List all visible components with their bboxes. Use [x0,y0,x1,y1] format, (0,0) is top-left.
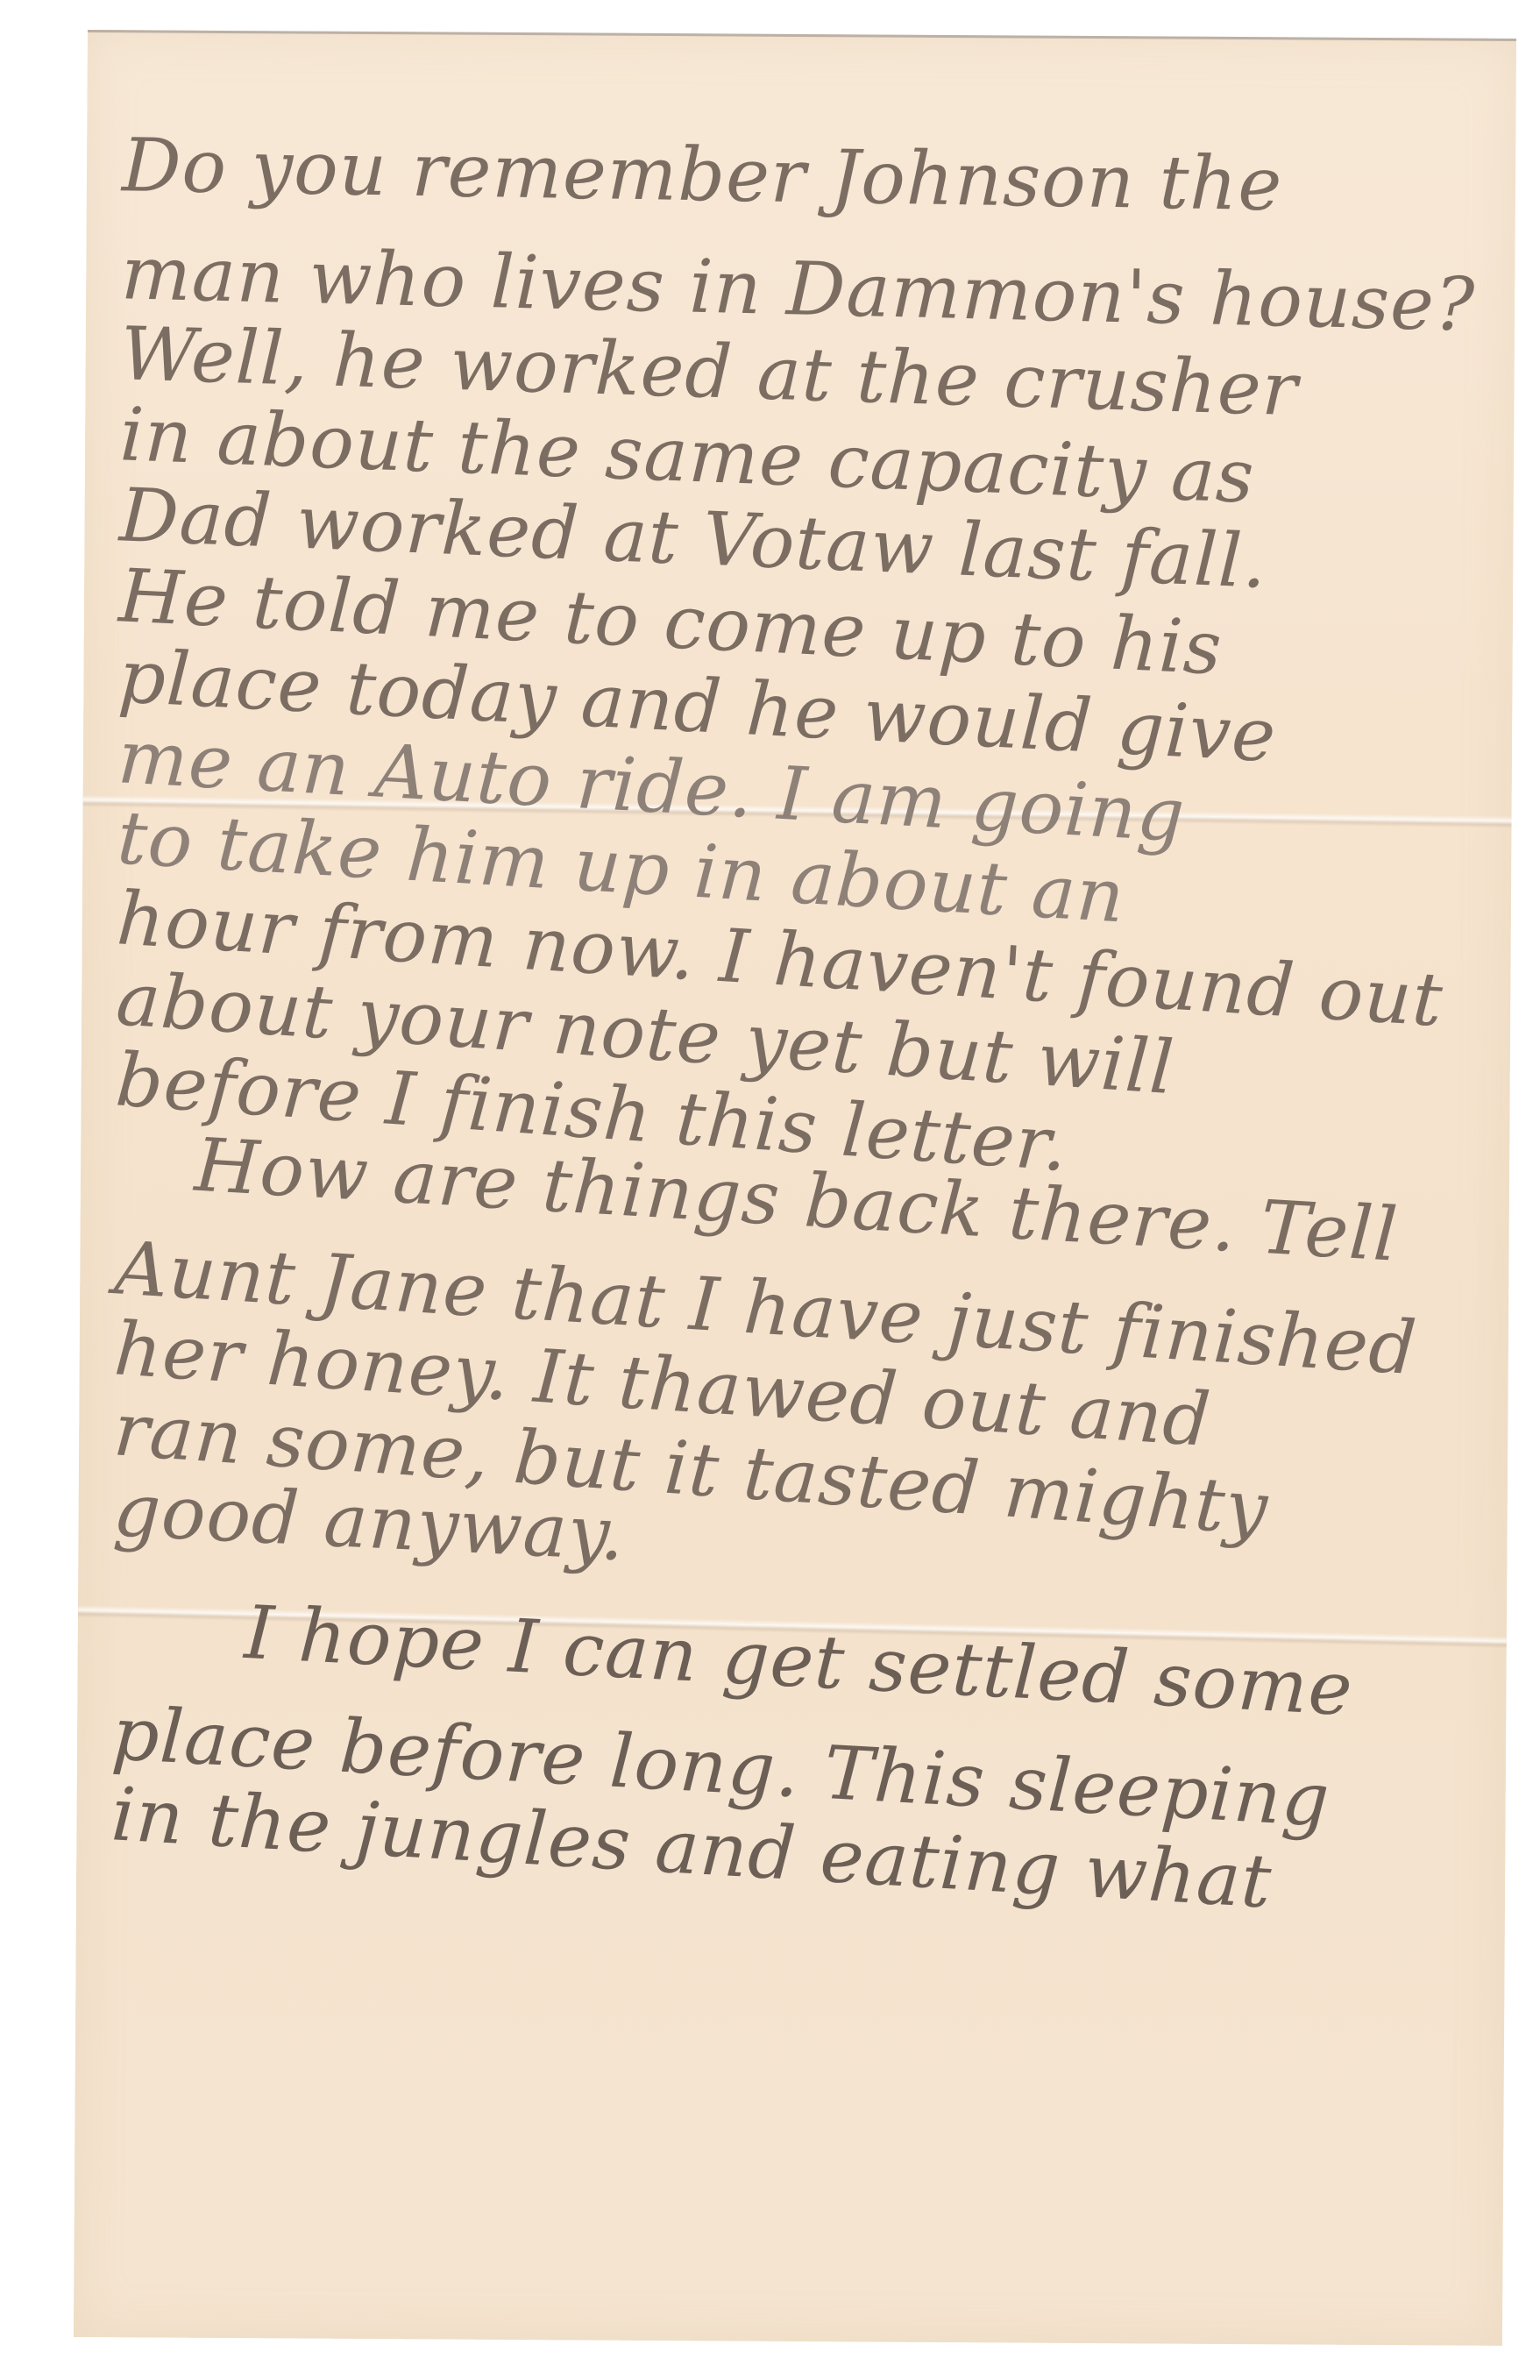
letter-paper: Do you remember Johnson the man who live… [74,30,1516,2346]
letter-body: Do you remember Johnson the man who live… [111,122,1498,1860]
letter-line-1: Do you remember Johnson the [121,122,1499,252]
